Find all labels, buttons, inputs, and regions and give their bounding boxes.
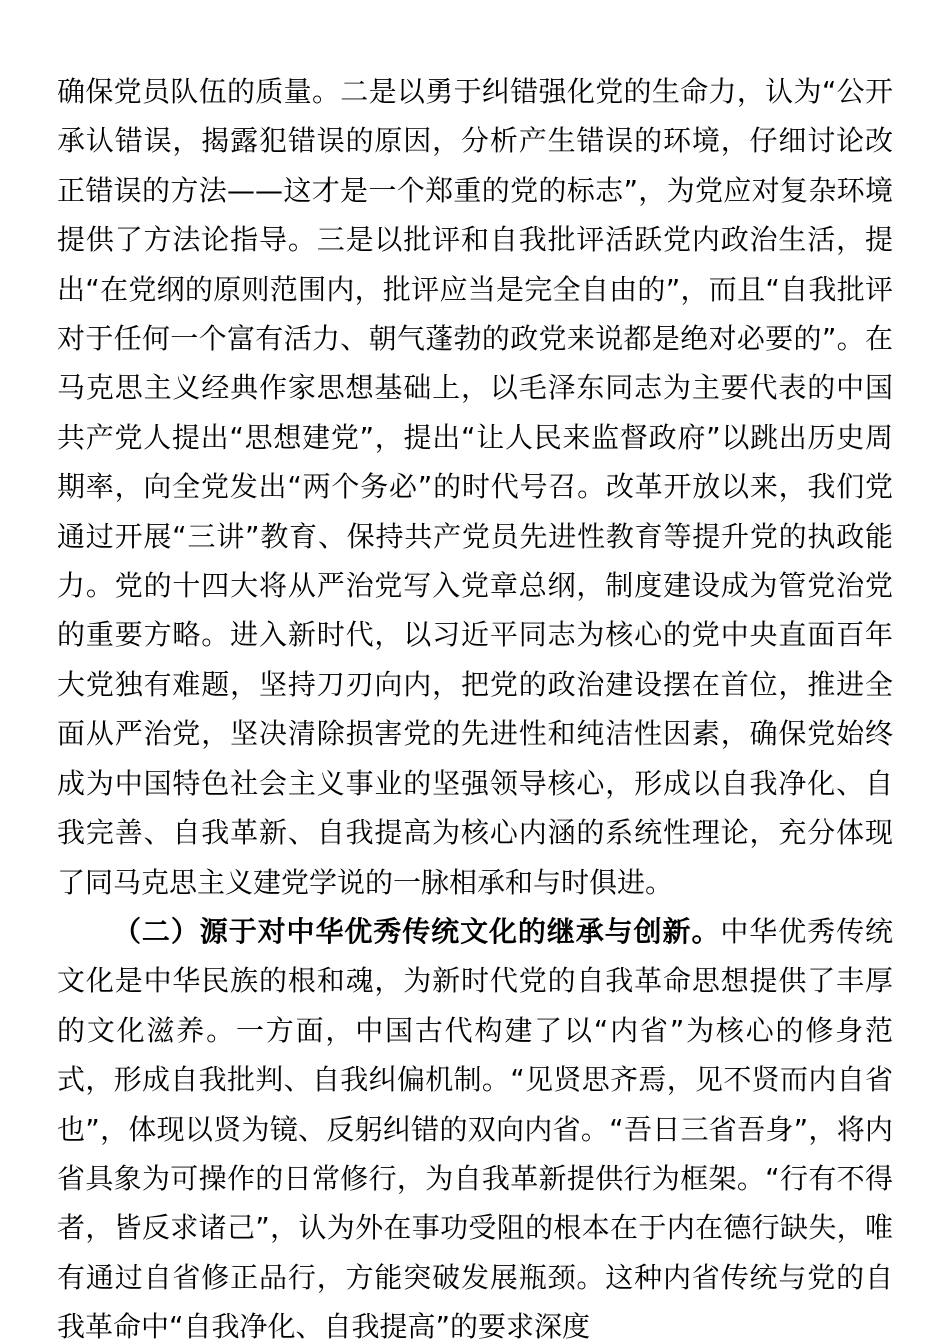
paragraph-continued: 确保党员队伍的质量。二是以勇于纠错强化党的生命力，认为“公开承认错误，揭露犯错误… bbox=[57, 67, 893, 907]
paragraph-section-2: （二）源于对中华优秀传统文化的继承与创新。中华优秀传统文化是中华民族的根和魂，为… bbox=[57, 907, 893, 1344]
section-heading: （二）源于对中华优秀传统文化的继承与创新。 bbox=[113, 915, 720, 948]
paragraph-text: 中华优秀传统文化是中华民族的根和魂，为新时代党的自我革命思想提供了丰厚的文化滋养… bbox=[57, 915, 893, 1343]
document-page: 确保党员队伍的质量。二是以勇于纠错强化党的生命力，认为“公开承认错误，揭露犯错误… bbox=[0, 0, 950, 1344]
paragraph-text: 确保党员队伍的质量。二是以勇于纠错强化党的生命力，认为“公开承认错误，揭露犯错误… bbox=[57, 75, 893, 899]
